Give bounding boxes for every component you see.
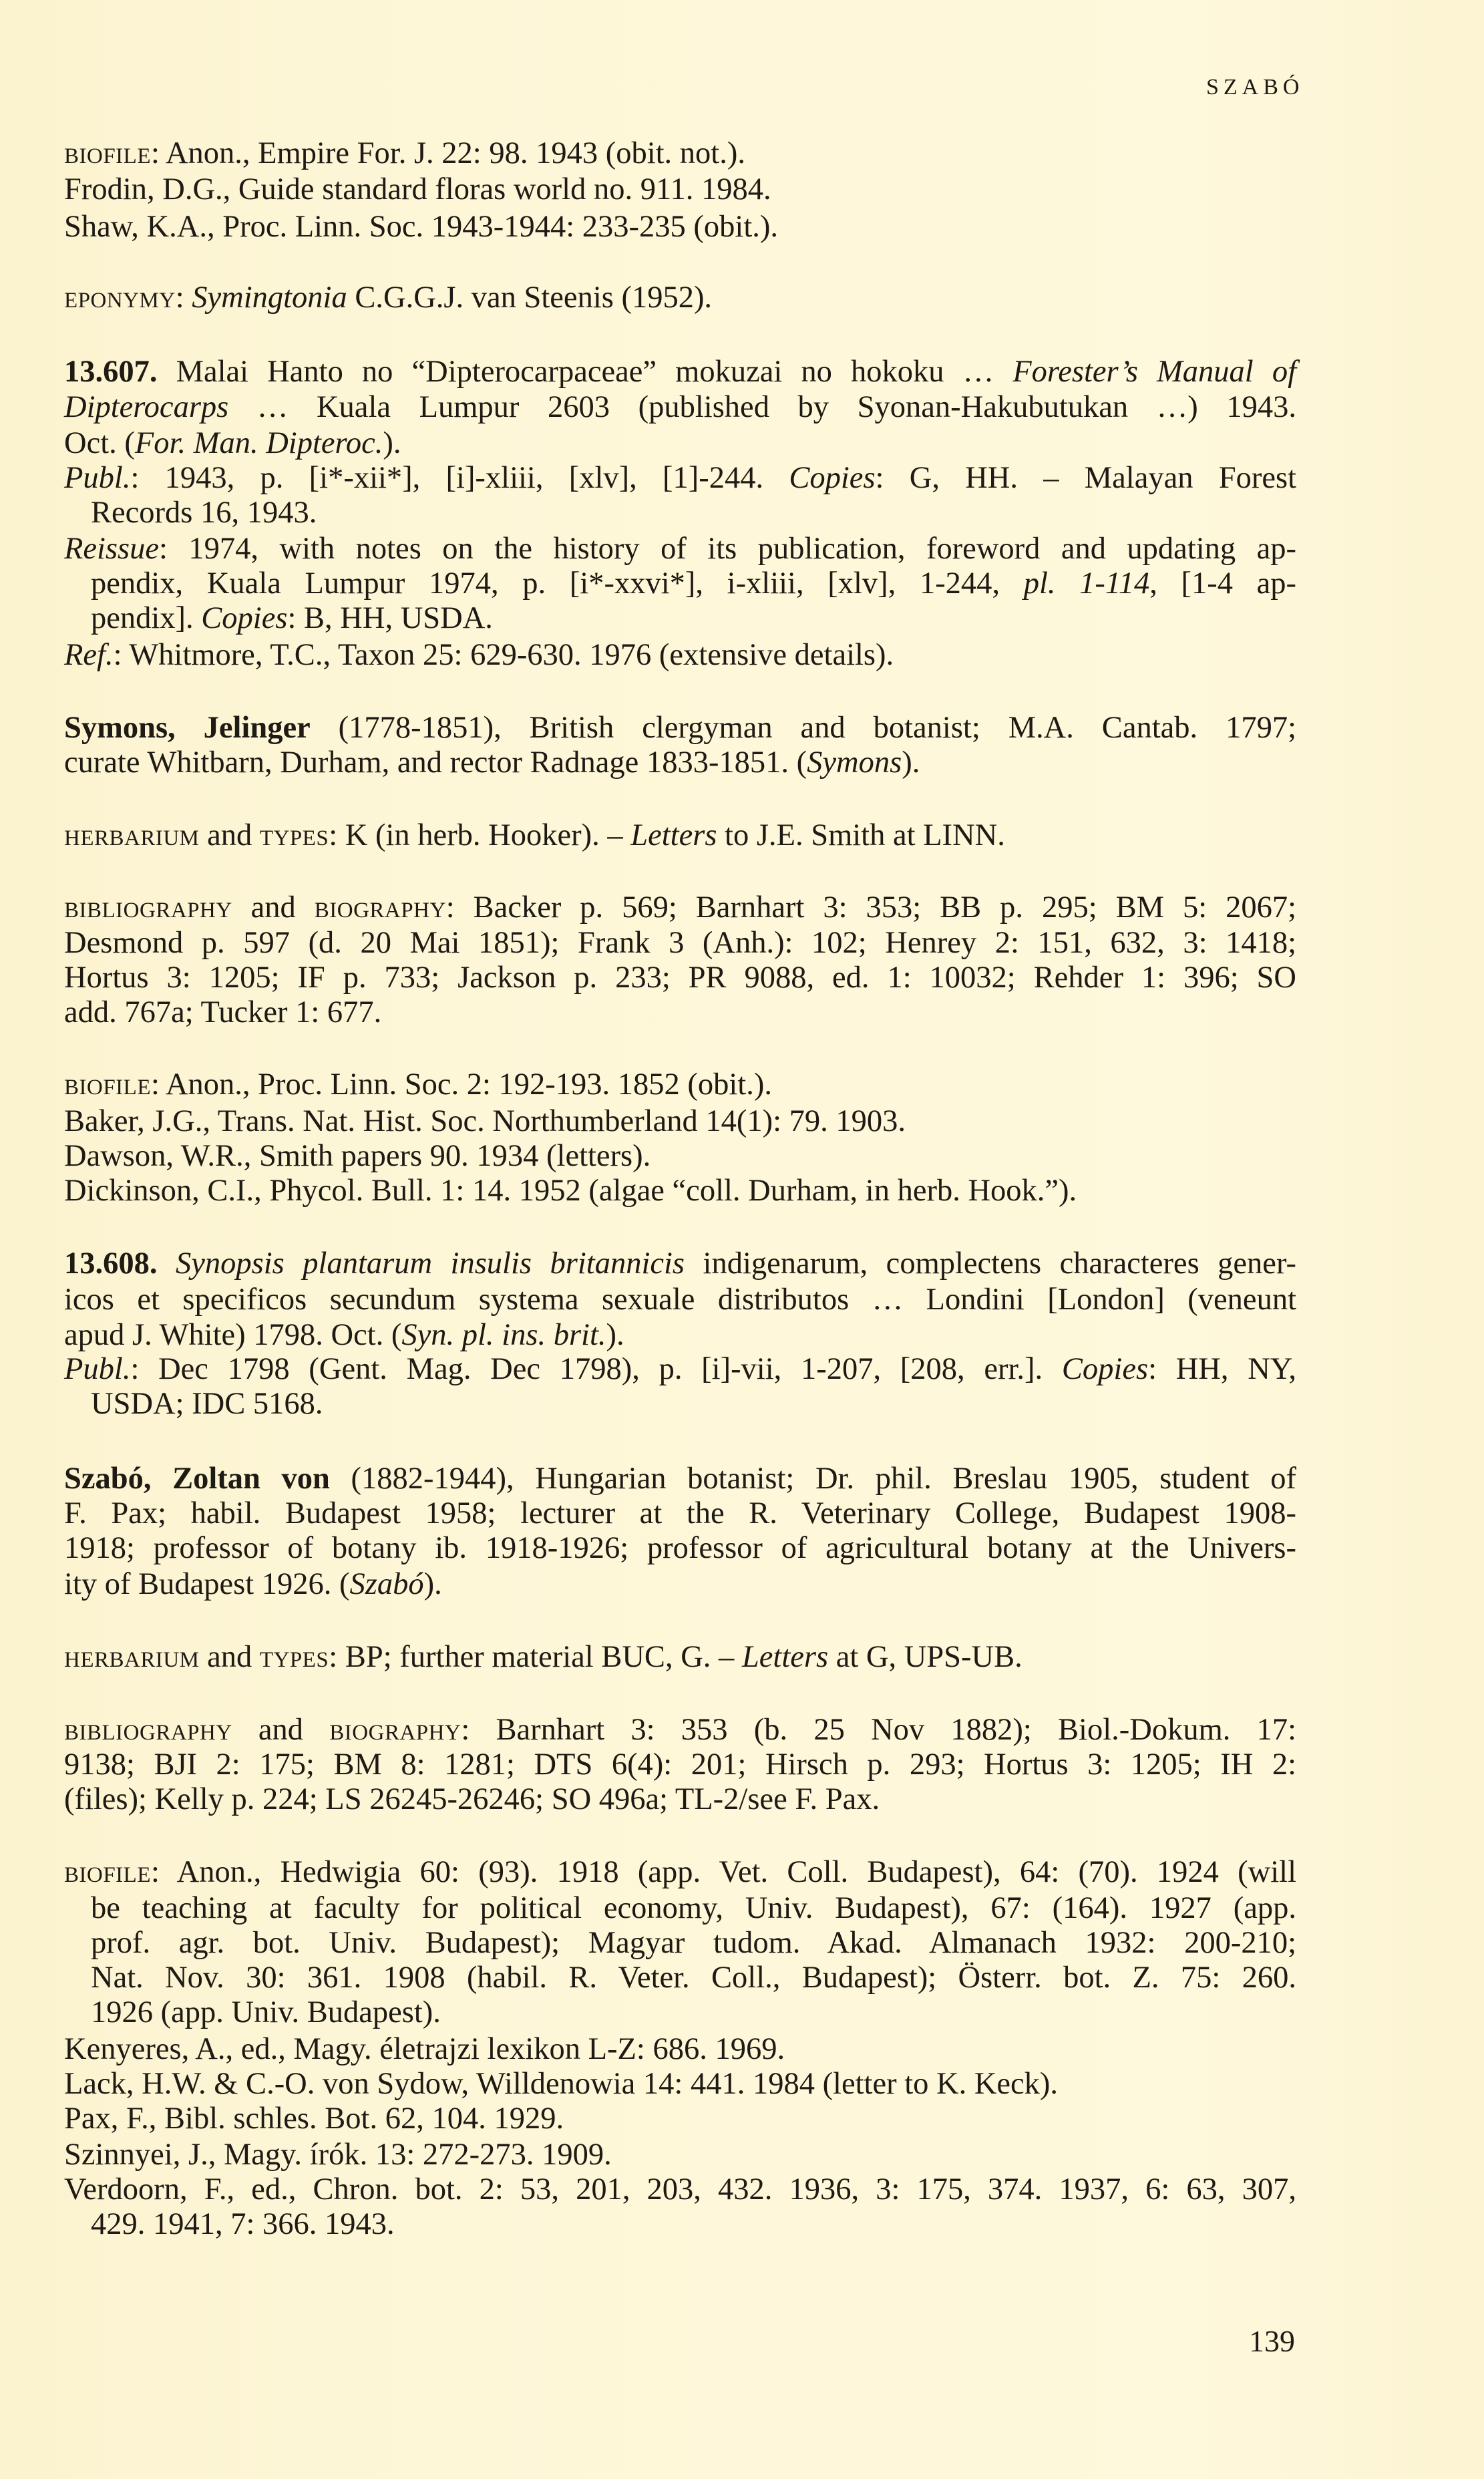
text-segment: to J.E. Smith at LINN.	[717, 818, 1004, 852]
italic-text: Letters	[742, 1640, 828, 1674]
italic-text: Symons	[807, 746, 902, 780]
text-segment: : G, HH. – Malayan Forest	[876, 461, 1296, 495]
entry-heading: Symons, Jelinger	[64, 711, 311, 745]
italic-text: pl. 1-114	[1024, 566, 1150, 601]
text-line: Reissue: 1974, with notes on the history…	[64, 532, 1296, 566]
text-segment: Pax, F., Bibl. schles. Bot. 62, 104. 192…	[64, 2102, 564, 2136]
text-segment: Malai Hanto no “Dipterocarpaceae” mokuza…	[158, 355, 1013, 389]
text-line: USDA; IDC 5168.	[91, 1387, 1296, 1422]
text-line: Records 16, 1943.	[91, 496, 1296, 530]
text-segment: 1918; professor of botany ib. 1918-1926;…	[64, 1531, 1296, 1565]
text-segment: (files); Kelly p. 224; LS 26245-26246; S…	[64, 1782, 880, 1816]
text-segment: Kenyeres, A., ed., Magy. életrajzi lexik…	[64, 2032, 785, 2066]
text-segment: Frodin, D.G., Guide standard floras worl…	[64, 172, 771, 206]
text-line: EPONYMY: Symingtonia C.G.G.J. van Steeni…	[64, 281, 1296, 315]
text-line: BIOFILE: Anon., Hedwigia 60: (93). 1918 …	[64, 1855, 1296, 1890]
text-line: prof. agr. bot. Univ. Budapest); Magyar …	[91, 1926, 1296, 1961]
text-segment: : BP; further material BUC, G. –	[329, 1640, 742, 1674]
text-segment: and	[232, 1713, 330, 1747]
section-label: BIOGRAPHY	[329, 1713, 461, 1747]
text-line: HERBARIUM and TYPES: K (in herb. Hooker)…	[64, 818, 1296, 853]
text-line: 1926 (app. Univ. Budapest).	[91, 1995, 1296, 2030]
section-label: TYPES	[260, 818, 329, 852]
section-label: HERBARIUM	[64, 818, 200, 852]
text-line: Kenyeres, A., ed., Magy. életrajzi lexik…	[64, 2032, 1296, 2067]
text-segment: ).	[606, 1318, 624, 1352]
text-line: Szabó, Zoltan von (1882-1944), Hungarian…	[64, 1462, 1296, 1496]
text-line: 9138; BJI 2: 175; BM 8: 1281; DTS 6(4): …	[64, 1748, 1296, 1782]
text-segment: prof. agr. bot. Univ. Budapest); Magyar …	[91, 1926, 1296, 1960]
text-line: Szinnyei, J., Magy. írók. 13: 272-273. 1…	[64, 2138, 1296, 2172]
text-line: Dawson, W.R., Smith papers 90. 1934 (let…	[64, 1139, 1296, 1174]
italic-text: Szabó	[350, 1567, 424, 1601]
text-segment: Baker, J.G., Trans. Nat. Hist. Soc. Nort…	[64, 1104, 906, 1138]
entry-heading: 13.608.	[64, 1247, 158, 1281]
text-segment: at G, UPS-UB.	[828, 1640, 1023, 1674]
section-label: BIBLIOGRAPHY	[64, 1713, 232, 1747]
section-label: BIOFILE	[64, 1855, 151, 1889]
text-segment: and	[200, 1640, 260, 1674]
text-segment	[158, 1247, 176, 1281]
text-segment: Szinnyei, J., Magy. írók. 13: 272-273. 1…	[64, 2138, 612, 2172]
running-head: SZABÓ	[1206, 75, 1304, 100]
italic-text: For. Man. Dipteroc.	[135, 426, 383, 460]
text-line: add. 767a; Tucker 1: 677.	[64, 995, 1296, 1030]
text-line: Dickinson, C.I., Phycol. Bull. 1: 14. 19…	[64, 1174, 1296, 1208]
text-segment: : HH, NY,	[1148, 1352, 1296, 1386]
text-line: Symons, Jelinger (1778-1851), British cl…	[64, 711, 1296, 746]
text-segment: pendix, Kuala Lumpur 1974, p. [i*-xxvi*]…	[91, 566, 1024, 601]
entry-heading: 13.607.	[64, 355, 158, 389]
text-line: 429. 1941, 7: 366. 1943.	[91, 2207, 1296, 2242]
italic-text: Ref.	[64, 638, 114, 672]
text-line: Ref.: Whitmore, T.C., Taxon 25: 629-630.…	[64, 638, 1296, 673]
text-segment: : Barnhart 3: 353 (b. 25 Nov 1882); Biol…	[461, 1713, 1296, 1747]
text-line: BIOFILE: Anon., Proc. Linn. Soc. 2: 192-…	[64, 1067, 1296, 1102]
text-segment: Records 16, 1943.	[91, 496, 317, 530]
text-segment: : Anon., Hedwigia 60: (93). 1918 (app. V…	[151, 1855, 1296, 1889]
text-segment: , [1-4 ap-	[1149, 566, 1296, 601]
text-segment: add. 767a; Tucker 1: 677.	[64, 995, 381, 1029]
section-label: BIOFILE	[64, 1067, 151, 1102]
text-segment: : 1974, with notes on the history of its…	[159, 532, 1296, 566]
text-segment: C.G.G.J. van Steenis (1952).	[347, 281, 712, 315]
italic-text: Publ.	[64, 461, 130, 495]
entry-heading: Szabó, Zoltan von	[64, 1462, 330, 1496]
text-line: ity of Budapest 1926. (Szabó).	[64, 1567, 1296, 1602]
italic-text: Synopsis plantarum insulis britannicis	[176, 1247, 685, 1281]
italic-text: Letters	[630, 818, 717, 852]
text-segment: be teaching at faculty for political eco…	[91, 1891, 1296, 1925]
italic-text: Symingtonia	[192, 281, 347, 315]
text-segment: USDA; IDC 5168.	[91, 1387, 323, 1421]
text-line: Hortus 3: 1205; IF p. 733; Jackson p. 23…	[64, 961, 1296, 995]
text-line: icos et specificos secundum systema sexu…	[64, 1283, 1296, 1317]
text-line: BIOFILE: Anon., Empire For. J. 22: 98. 1…	[64, 136, 1296, 171]
text-segment: ).	[383, 426, 401, 460]
page-number: 139	[1249, 2323, 1295, 2359]
text-line: Nat. Nov. 30: 361. 1908 (habil. R. Veter…	[91, 1961, 1296, 1995]
text-segment: 1926 (app. Univ. Budapest).	[91, 1995, 441, 2029]
text-segment: : Anon., Proc. Linn. Soc. 2: 192-193. 18…	[151, 1067, 772, 1102]
text-line: Pax, F., Bibl. schles. Bot. 62, 104. 192…	[64, 2102, 1296, 2136]
text-segment: Hortus 3: 1205; IF p. 733; Jackson p. 23…	[64, 961, 1296, 995]
text-line: 1918; professor of botany ib. 1918-1926;…	[64, 1531, 1296, 1566]
text-line: BIBLIOGRAPHY and BIOGRAPHY: Barnhart 3: …	[64, 1713, 1296, 1748]
section-label: HERBARIUM	[64, 1640, 200, 1674]
text-line: Verdoorn, F., ed., Chron. bot. 2: 53, 20…	[64, 2172, 1296, 2207]
section-label: TYPES	[260, 1640, 329, 1674]
text-segment: 9138; BJI 2: 175; BM 8: 1281; DTS 6(4): …	[64, 1748, 1296, 1782]
text-segment: (1882-1944), Hungarian botanist; Dr. phi…	[330, 1462, 1296, 1496]
text-segment: Lack, H.W. & C.-O. von Sydow, Willdenowi…	[64, 2067, 1058, 2101]
text-segment: ity of Budapest 1926. (	[64, 1567, 350, 1601]
text-segment: Verdoorn, F., ed., Chron. bot. 2: 53, 20…	[64, 2172, 1296, 2206]
text-segment: Oct. (	[64, 426, 135, 460]
text-line: Publ.: 1943, p. [i*-xii*], [i]-xliii, [x…	[64, 461, 1296, 496]
text-segment: pendix].	[91, 601, 201, 635]
text-line: Shaw, K.A., Proc. Linn. Soc. 1943-1944: …	[64, 210, 1296, 244]
text-line: curate Whitbarn, Durham, and rector Radn…	[64, 746, 1296, 780]
text-segment: : Anon., Empire For. J. 22: 98. 1943 (ob…	[151, 136, 745, 170]
section-label: BIBLIOGRAPHY	[64, 890, 232, 925]
section-label: EPONYMY	[64, 281, 176, 315]
text-segment: indigenarum, complectens characteres gen…	[685, 1247, 1296, 1281]
section-label: BIOFILE	[64, 136, 151, 170]
text-segment: Dickinson, C.I., Phycol. Bull. 1: 14. 19…	[64, 1174, 1077, 1208]
page: SZABÓ BIOFILE: Anon., Empire For. J. 22:…	[0, 0, 1484, 2479]
italic-text: Forester’s Manual of	[1012, 355, 1296, 389]
text-segment: ).	[424, 1567, 442, 1601]
italic-text: Dipterocarps	[64, 390, 228, 424]
text-line: pendix]. Copies: B, HH, USDA.	[91, 601, 1296, 636]
text-line: Oct. (For. Man. Dipteroc.).	[64, 426, 1296, 461]
italic-text: Copies	[789, 461, 875, 495]
text-segment: : K (in herb. Hooker). –	[329, 818, 630, 852]
text-segment: : Whitmore, T.C., Taxon 25: 629-630. 197…	[114, 638, 894, 672]
text-line: F. Pax; habil. Budapest 1958; lecturer a…	[64, 1496, 1296, 1531]
text-line: HERBARIUM and TYPES: BP; further materia…	[64, 1640, 1296, 1675]
italic-text: Syn. pl. ins. brit.	[401, 1318, 606, 1352]
text-line: BIBLIOGRAPHY and BIOGRAPHY: Backer p. 56…	[64, 890, 1296, 925]
text-line: 13.607. Malai Hanto no “Dipterocarpaceae…	[64, 355, 1296, 389]
text-segment: ).	[902, 746, 920, 780]
section-label: BIOGRAPHY	[315, 890, 446, 925]
text-segment: 429. 1941, 7: 366. 1943.	[91, 2207, 395, 2241]
text-segment: : Dec 1798 (Gent. Mag. Dec 1798), p. [i]…	[130, 1352, 1061, 1386]
italic-text: Copies	[1062, 1352, 1148, 1386]
text-segment: icos et specificos secundum systema sexu…	[64, 1283, 1296, 1317]
text-segment: F. Pax; habil. Budapest 1958; lecturer a…	[64, 1496, 1296, 1530]
text-line: Frodin, D.G., Guide standard floras worl…	[64, 172, 1296, 207]
text-segment: Dawson, W.R., Smith papers 90. 1934 (let…	[64, 1139, 651, 1173]
text-segment: Shaw, K.A., Proc. Linn. Soc. 1943-1944: …	[64, 210, 778, 244]
text-line: pendix, Kuala Lumpur 1974, p. [i*-xxvi*]…	[91, 566, 1296, 601]
text-line: Lack, H.W. & C.-O. von Sydow, Willdenowi…	[64, 2067, 1296, 2102]
text-segment: : B, HH, USDA.	[287, 601, 492, 635]
text-segment: curate Whitbarn, Durham, and rector Radn…	[64, 746, 807, 780]
text-line: Dipterocarps … Kuala Lumpur 2603 (publis…	[64, 390, 1296, 425]
italic-text: Reissue	[64, 532, 159, 566]
text-segment: Nat. Nov. 30: 361. 1908 (habil. R. Veter…	[91, 1961, 1296, 1995]
text-segment: : Backer p. 569; Barnhart 3: 353; BB p. …	[446, 890, 1296, 925]
text-line: 13.608. Synopsis plantarum insulis brita…	[64, 1247, 1296, 1281]
text-line: Baker, J.G., Trans. Nat. Hist. Soc. Nort…	[64, 1104, 1296, 1139]
italic-text: Copies	[201, 601, 287, 635]
text-segment: … Kuala Lumpur 2603 (published by Syonan…	[228, 390, 1296, 424]
text-segment: Desmond p. 597 (d. 20 Mai 1851); Frank 3…	[64, 926, 1296, 960]
text-line: Publ.: Dec 1798 (Gent. Mag. Dec 1798), p…	[64, 1352, 1296, 1387]
text-segment: (1778-1851), British clergyman and botan…	[311, 711, 1296, 745]
text-line: be teaching at faculty for political eco…	[91, 1891, 1296, 1926]
text-line: apud J. White) 1798. Oct. (Syn. pl. ins.…	[64, 1318, 1296, 1353]
text-segment: and	[232, 890, 315, 925]
italic-text: Publ.	[64, 1352, 130, 1386]
text-segment: and	[200, 818, 260, 852]
text-segment: apud J. White) 1798. Oct. (	[64, 1318, 401, 1352]
text-segment: : 1943, p. [i*-xii*], [i]-xliii, [xlv], …	[130, 461, 789, 495]
text-line: (files); Kelly p. 224; LS 26245-26246; S…	[64, 1782, 1296, 1817]
text-segment: :	[176, 281, 192, 315]
text-line: Desmond p. 597 (d. 20 Mai 1851); Frank 3…	[64, 926, 1296, 961]
